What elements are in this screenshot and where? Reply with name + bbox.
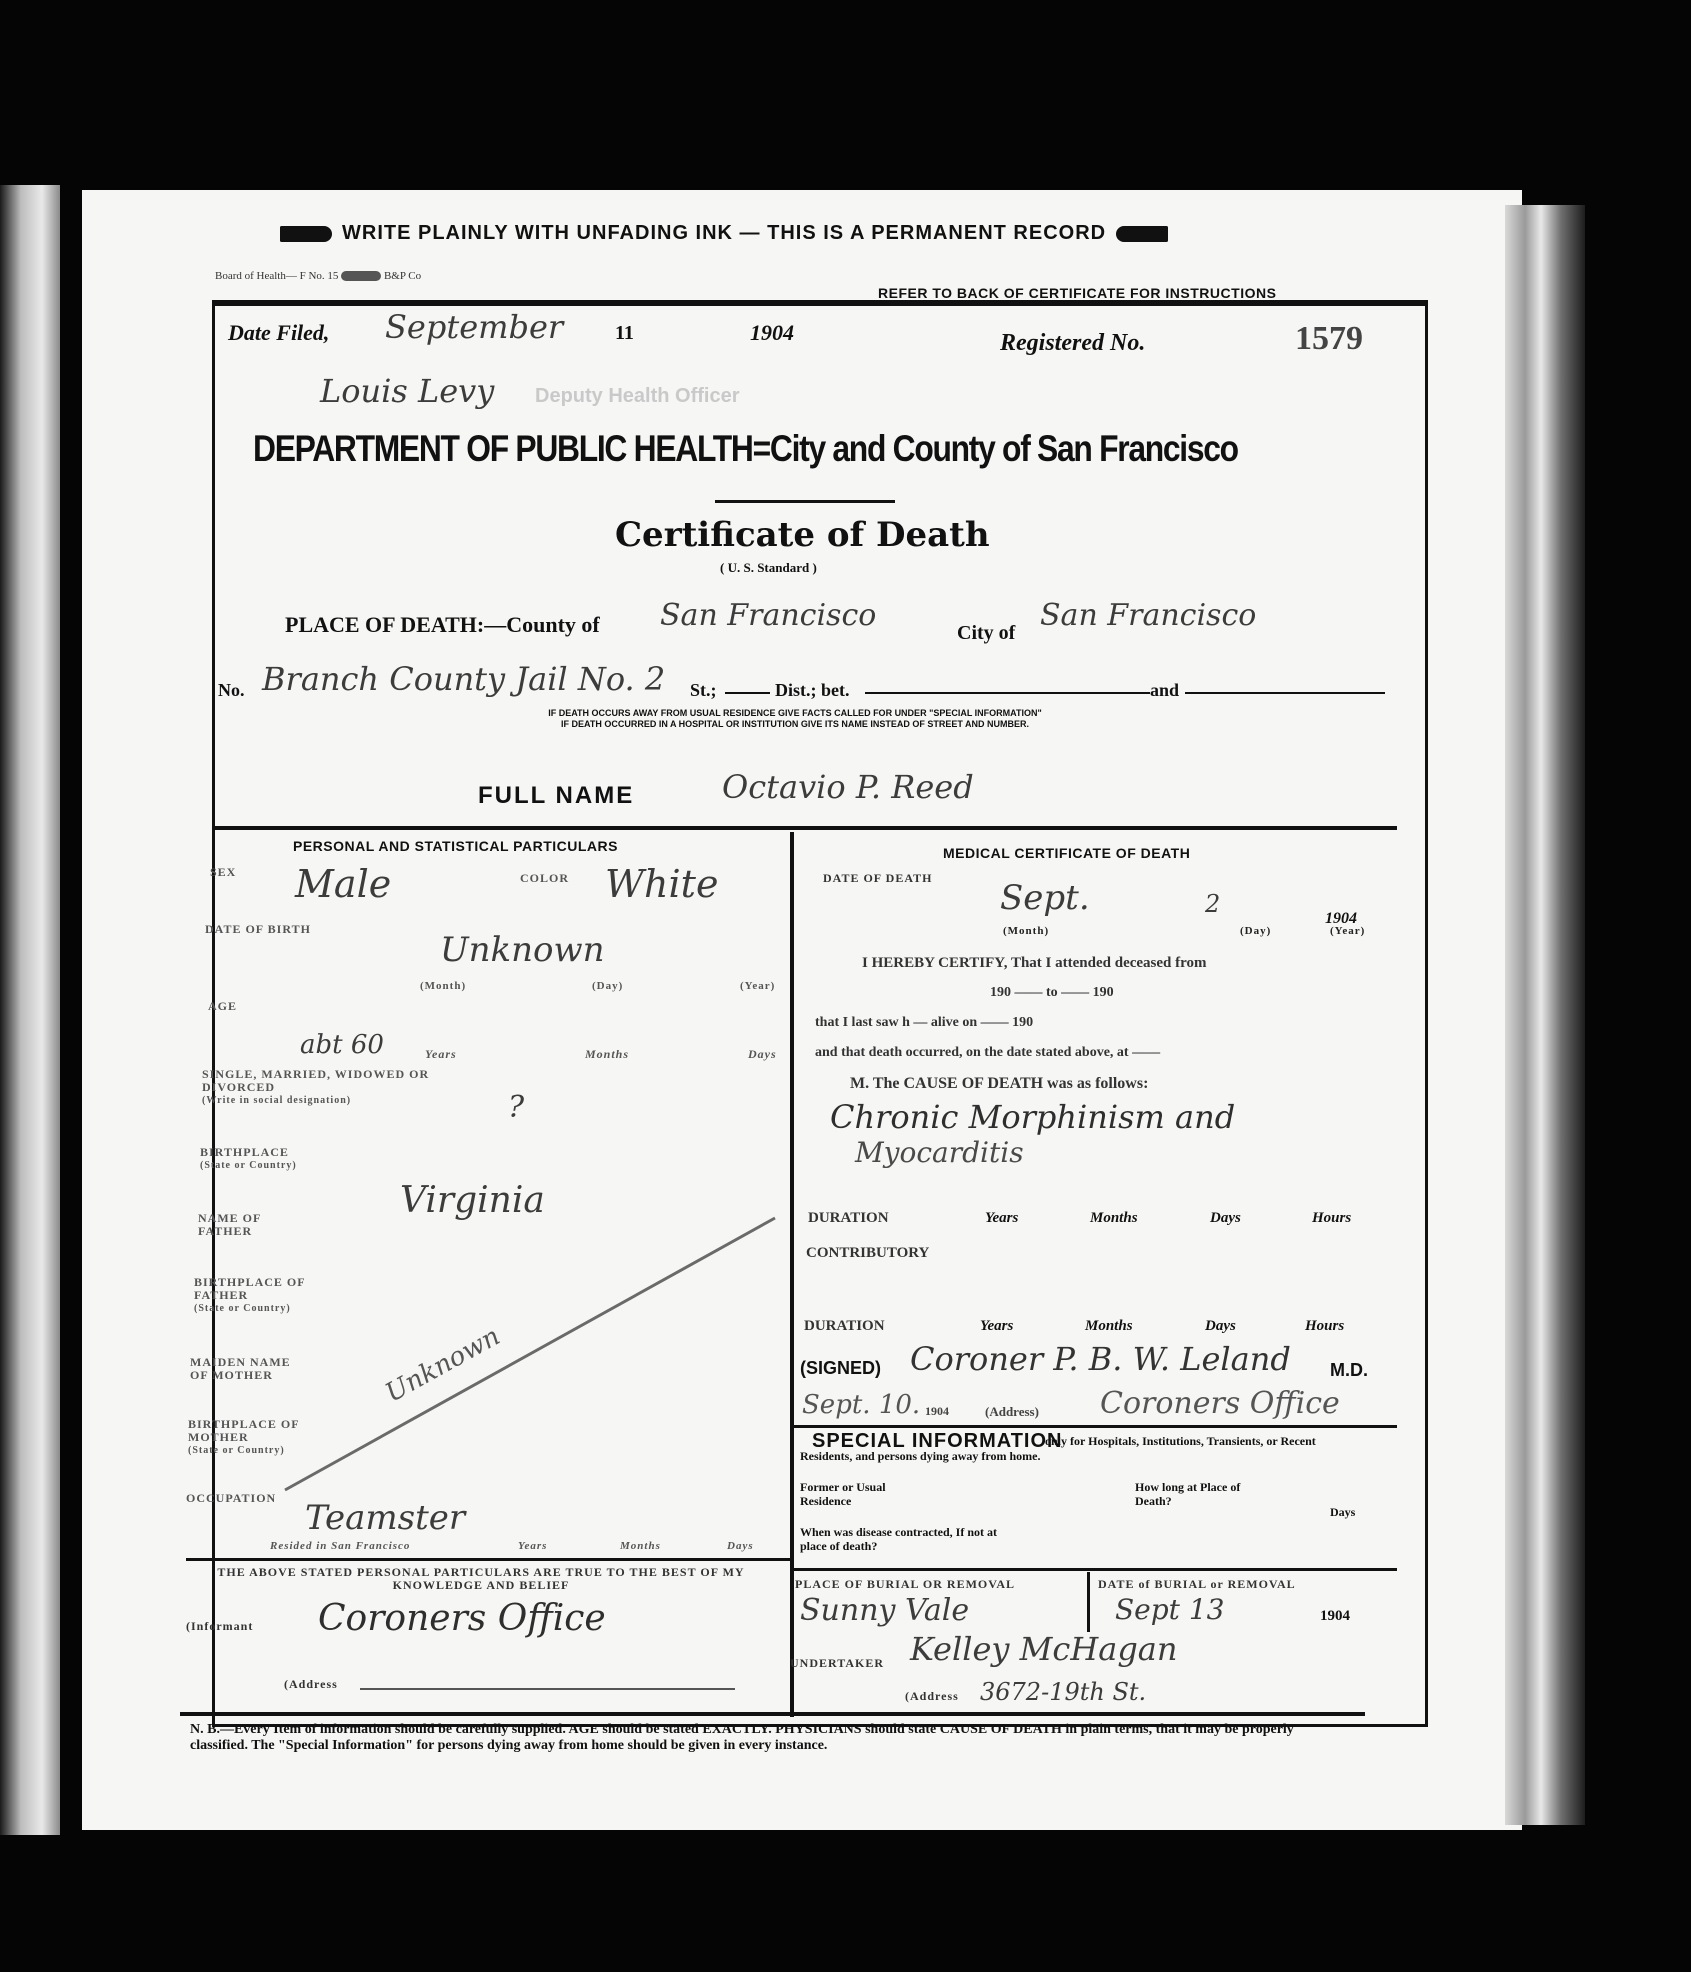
county-value: San Francisco [660, 598, 876, 633]
resided-years-caption: Years [518, 1540, 547, 1553]
strike-through-line [280, 1215, 780, 1495]
full-name-value: Octavio P. Reed [722, 768, 974, 806]
footnote-divider [180, 1712, 1365, 1716]
father-name-label: NAME OF FATHER [198, 1212, 288, 1238]
burial-place-value: Sunny Vale [800, 1593, 969, 1628]
left-page-edge [0, 185, 60, 1835]
age-label: AGE [208, 1000, 237, 1013]
dod-day-caption: (Day) [1240, 925, 1271, 938]
undertaker-label: UNDERTAKER [790, 1657, 884, 1670]
section-divider [212, 826, 1397, 830]
resided-days-caption: Days [727, 1540, 754, 1553]
signer-address: Coroners Office [1100, 1386, 1340, 1421]
burial-place-label: PLACE OF BURIAL OR REMOVAL [795, 1578, 1015, 1591]
duration-years: Years [985, 1210, 1018, 1227]
sex-value: Male [295, 862, 391, 906]
cause-line-2: Myocarditis [855, 1136, 1024, 1169]
burial-date-value: Sept 13 [1115, 1593, 1224, 1626]
duration-months-2: Months [1085, 1318, 1133, 1335]
and-label: and [1150, 680, 1179, 701]
color-label: COLOR [520, 872, 569, 885]
dod-month: Sept. [1000, 878, 1090, 918]
age-years-caption: Years [425, 1048, 457, 1061]
date-filed-day: 11 [615, 322, 634, 345]
attest-statement: THE ABOVE STATED PERSONAL PARTICULARS AR… [186, 1566, 776, 1592]
burial-column-divider [1087, 1572, 1090, 1632]
pointing-hand-icon [280, 226, 332, 242]
resided-months-caption: Months [620, 1540, 661, 1553]
full-name-label: FULL NAME [478, 782, 634, 810]
form-id: Board of Health— F No. 15 B&P Co [215, 270, 421, 282]
undertaker-value: Kelley McHagan [910, 1630, 1177, 1668]
marital-value: ? [508, 1090, 524, 1125]
contracted-label: When was disease contracted, If not at p… [800, 1525, 1000, 1553]
city-value: San Francisco [1040, 598, 1256, 633]
burial-date-label: DATE of BURIAL or REMOVAL [1098, 1578, 1296, 1591]
special-divider [790, 1425, 1397, 1428]
undertaker-address: 3672-19th St. [980, 1678, 1146, 1706]
right-page-edge [1505, 205, 1585, 1825]
date-filed-label: Date Filed, [228, 320, 329, 346]
signed-value: Coroner P. B. W. Leland [910, 1340, 1291, 1378]
duration-months: Months [1090, 1210, 1138, 1227]
occupation-value: Teamster [305, 1498, 465, 1538]
ink-banner: WRITE PLAINLY WITH UNFADING INK — THIS I… [270, 222, 1178, 245]
district-label: Dist.; bet. [775, 680, 850, 701]
title-divider [715, 500, 895, 503]
personal-heading: PERSONAL AND STATISTICAL PARTICULARS [293, 838, 618, 854]
dod-year-caption: (Year) [1330, 925, 1365, 938]
column-divider [790, 832, 794, 1717]
street-label: St.; [690, 680, 717, 701]
how-long-label: How long at Place of Death? [1135, 1480, 1245, 1508]
dob-label: DATE OF BIRTH [205, 923, 311, 936]
md-label: M.D. [1330, 1360, 1368, 1381]
address-label: (Address) [985, 1404, 1039, 1420]
duration-label-2: DURATION [804, 1318, 885, 1335]
marital-label: SINGLE, MARRIED, WIDOWED OR DIVORCED(Wri… [202, 1068, 432, 1107]
duration-label: DURATION [808, 1210, 889, 1227]
attended-dates: 190 —— to —— 190 [990, 985, 1114, 1001]
age-months-caption: Months [585, 1048, 629, 1061]
dob-year-caption: (Year) [740, 980, 775, 993]
informant-address-label: (Address [284, 1678, 338, 1691]
cause-line-1: Chronic Morphinism and [830, 1098, 1235, 1136]
dob-month-caption: (Month) [420, 980, 466, 993]
dod-label: DATE OF DEATH [823, 872, 932, 885]
filing-signer: Louis Levy [320, 372, 494, 410]
certificate-title: Certificate of Death [615, 515, 990, 555]
signed-date: Sept. 10. [802, 1390, 920, 1420]
how-long-days: Days [1330, 1505, 1355, 1520]
dob-value: Unknown [440, 930, 605, 970]
registered-number: 1579 [1295, 320, 1363, 358]
duration-hours: Hours [1312, 1210, 1351, 1227]
attest-divider [186, 1558, 790, 1561]
refer-instructions: REFER TO BACK OF CERTIFICATE FOR INSTRUC… [878, 285, 1276, 301]
occurred-statement: and that death occurred, on the date sta… [815, 1045, 1160, 1061]
dob-day-caption: (Day) [592, 980, 623, 993]
special-subheading: only for Hospitals, Institutions, Transi… [800, 1434, 1360, 1464]
burial-divider [790, 1568, 1397, 1571]
certificate-subtitle: ( U. S. Standard ) [720, 560, 817, 576]
duration-days: Days [1210, 1210, 1241, 1227]
duration-days-2: Days [1205, 1318, 1236, 1335]
dod-day: 2 [1205, 890, 1220, 918]
informant-label: (Informant [186, 1620, 253, 1633]
duration-years-2: Years [980, 1318, 1013, 1335]
signed-year: 1904 [925, 1404, 949, 1419]
date-filed-month: September [385, 308, 563, 346]
informant-address-line [360, 1688, 735, 1690]
pointing-hand-icon [1116, 226, 1168, 242]
sex-label: SEX [210, 866, 236, 879]
former-residence-label: Former or Usual Residence [800, 1480, 910, 1508]
occupation-label: OCCUPATION [186, 1492, 276, 1505]
city-label: City of [957, 622, 1015, 645]
place-of-death-label: PLACE OF DEATH:—County of [285, 612, 600, 638]
place-of-death-note: IF DEATH OCCURS AWAY FROM USUAL RESIDENC… [360, 708, 1230, 730]
certify-statement: I HEREBY CERTIFY, That I attended deceas… [862, 955, 1207, 972]
informant-value: Coroners Office [318, 1598, 606, 1639]
burial-year: 1904 [1320, 1608, 1350, 1625]
date-filed-year: 1904 [750, 320, 794, 346]
street-no-label: No. [218, 680, 245, 701]
filing-signer-title: Deputy Health Officer [535, 385, 739, 408]
street-address-value: Branch County Jail No. 2 [262, 660, 665, 698]
contributory-label: CONTRIBUTORY [806, 1245, 929, 1262]
birthplace-label: BIRTHPLACE(State or Country) [200, 1146, 350, 1172]
duration-hours-2: Hours [1305, 1318, 1344, 1335]
last-saw-statement: that I last saw h — alive on —— 190 [815, 1015, 1033, 1031]
department-title: DEPARTMENT OF PUBLIC HEALTH=City and Cou… [253, 428, 1238, 470]
cause-label: M. The CAUSE OF DEATH was as follows: [850, 1075, 1148, 1093]
signed-label: (SIGNED) [800, 1358, 881, 1379]
age-value: abt 60 [300, 1030, 384, 1060]
registered-label: Registered No. [1000, 330, 1145, 357]
age-days-caption: Days [748, 1048, 777, 1061]
undertaker-address-label: (Address [905, 1690, 959, 1703]
color-value: White [605, 862, 718, 906]
medical-heading: MEDICAL CERTIFICATE OF DEATH [943, 845, 1190, 861]
footnote: N. B.—Every Item of information should b… [190, 1722, 1320, 1754]
resided-label: Resided in San Francisco [270, 1540, 410, 1553]
banner-text: WRITE PLAINLY WITH UNFADING INK — THIS I… [342, 222, 1106, 244]
dod-month-caption: (Month) [1003, 925, 1049, 938]
